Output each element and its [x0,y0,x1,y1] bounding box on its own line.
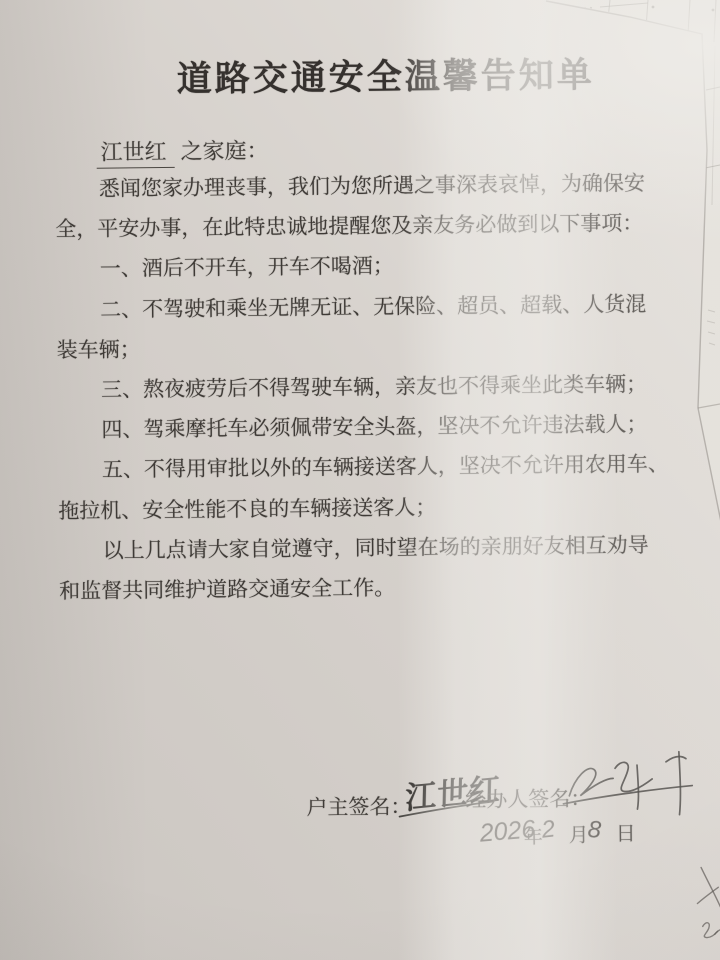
body-line: 四、驾乘摩托车必须佩带安全头盔，坚决不允许违法载人； [57,405,663,452]
recipient-line: 江世红之家庭： [96,134,268,169]
agent-signature-label: 经办人签名： [465,783,591,814]
month-label: 月 [569,819,589,848]
body-line: 悉闻您家办理丧事，我们为您所遇之事深表哀悼，为确保安 [55,164,661,211]
year-label: 年 [524,822,543,849]
body-line: 和监督共同维护道路交通安全工作。 [59,566,665,613]
day-label: 日 [616,817,636,846]
body-line: 一、酒后不开车，开车不喝酒； [56,244,662,291]
handwritten-month: 2 [540,815,556,844]
body-line: 装车辆； [56,325,662,372]
handwritten-day: 8 [587,816,602,845]
page-title: 道路交通安全温馨告知单 [56,46,716,103]
photo-canvas: 道路交通安全温馨告知单 江世红之家庭： 悉闻您家办理丧事，我们为您所遇之事深表哀… [0,0,720,960]
body-line: 三、熬夜疲劳后不得驾驶车辆，亲友也不得乘坐此类车辆； [57,365,663,412]
recipient-name: 江世红 [96,135,174,169]
notice-paper: 道路交通安全温馨告知单 江世红之家庭： 悉闻您家办理丧事，我们为您所遇之事深表哀… [0,0,720,960]
body-line: 二、不驾驶和乘坐无牌无证、无保险、超员、超载、人货混 [56,284,662,331]
body-line: 全，平安办事，在此特忠诚地提醒您及亲友务必做到以下事项： [55,204,661,251]
householder-signature-label: 户主签名： [306,790,411,821]
body-line: 以上几点请大家自觉遵守，同时望在场的亲朋好友相互劝导 [59,526,665,573]
body-line: 拖拉机、安全性能不良的车辆接送客人； [58,485,664,532]
recipient-suffix: 之家庭： [180,138,268,164]
notice-content: 道路交通安全温馨告知单 江世红之家庭： 悉闻您家办理丧事，我们为您所遇之事深表哀… [0,0,720,960]
document-body: 悉闻您家办理丧事，我们为您所遇之事深表哀悼，为确保安全，平安办事，在此特忠诚地提… [55,164,666,613]
body-line: 五、不得用审批以外的车辆接送客人，坚决不允许用农用车、 [58,445,664,492]
